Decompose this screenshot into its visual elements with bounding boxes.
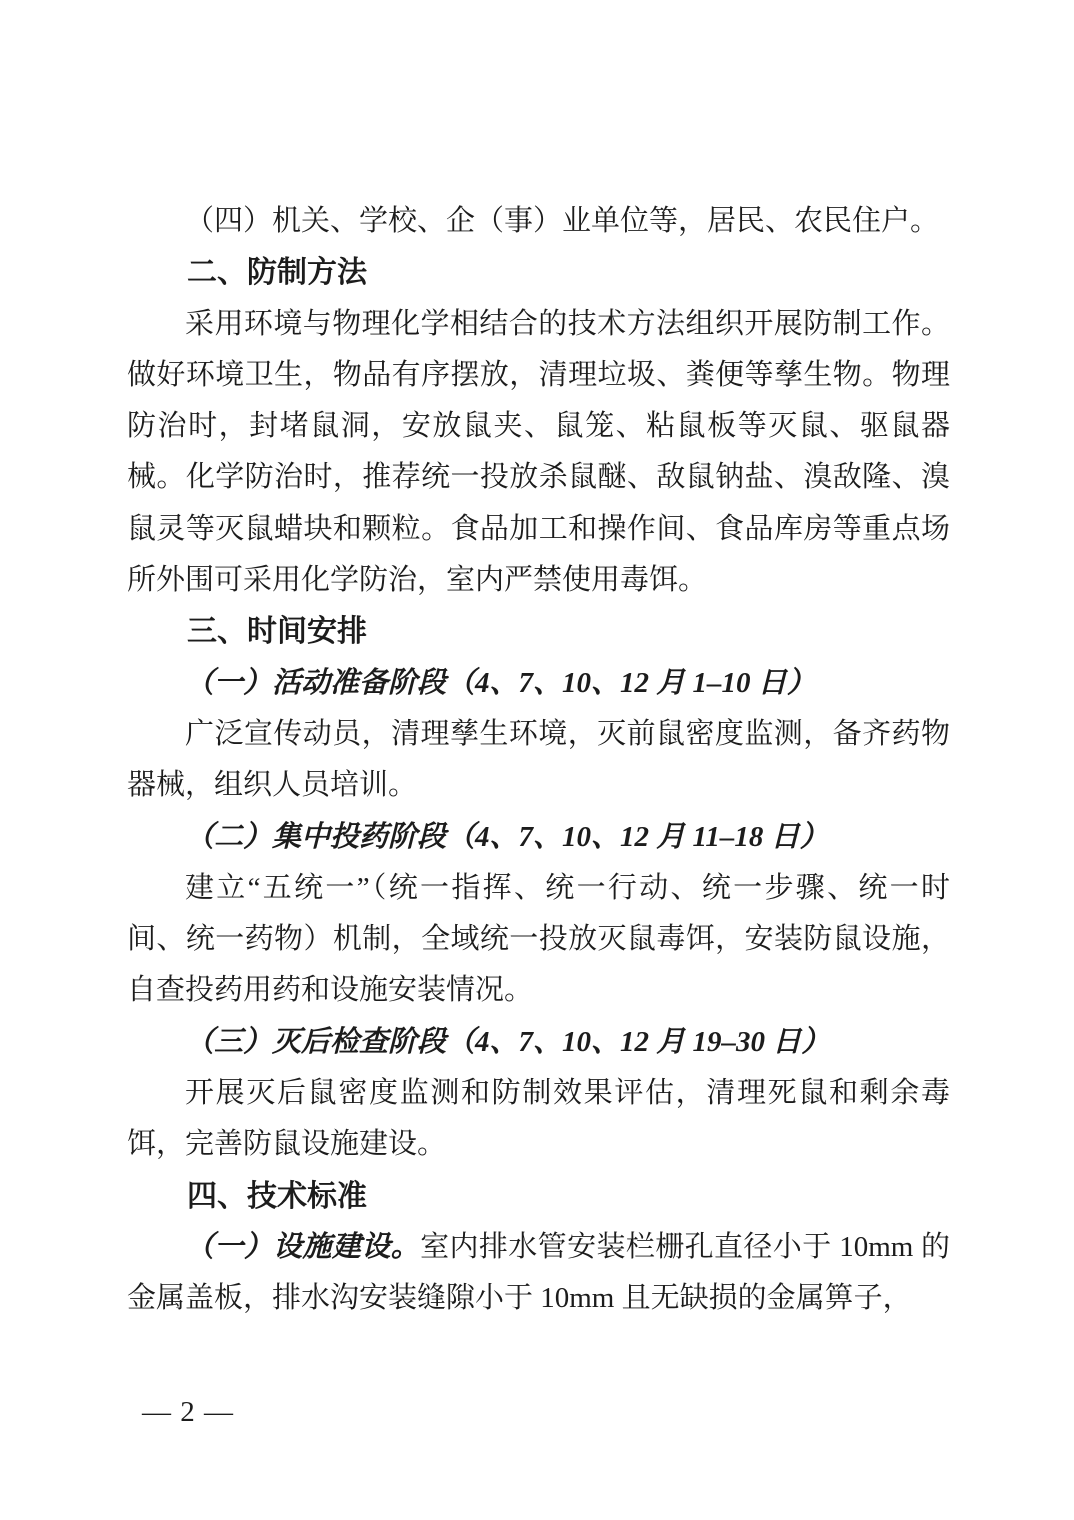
para-org-units: （四）机关、学校、企（事）业单位等，居民、农民住户。 [127,196,950,247]
heading-time-schedule: 三、时间安排 [127,606,950,657]
document-page: （四）机关、学校、企（事）业单位等，居民、农民住户。 二、防制方法 采用环境与物… [0,0,1074,1520]
document-body: （四）机关、学校、企（事）业单位等，居民、农民住户。 二、防制方法 采用环境与物… [127,196,950,1325]
subheading-stage2-baiting: （二）集中投药阶段（4、7、10、12 月 11–18 日） [127,812,950,863]
page-number: — 2 — [142,1390,234,1434]
heading-technical-standards: 四、技术标准 [127,1171,950,1222]
subheading-stage1-preparation: （一）活动准备阶段（4、7、10、12 月 1–10 日） [127,658,950,709]
para-facility-lead-in: （一）设施建设。 [185,1231,420,1263]
para-stage3-inspection: 开展灭后鼠密度监测和防制效果评估，清理死鼠和剩余毒饵，完善防鼠设施建设。 [127,1068,950,1171]
para-facility-construction: （一）设施建设。室内排水管安装栏栅孔直径小于 10mm 的金属盖板，排水沟安装缝… [127,1222,950,1325]
subheading-stage3-inspection: （三）灭后检查阶段（4、7、10、12 月 19–30 日） [127,1017,950,1068]
para-prevention-methods: 采用环境与物理化学相结合的技术方法组织开展防制工作。做好环境卫生，物品有序摆放，… [127,299,950,607]
heading-prevention-methods: 二、防制方法 [127,247,950,298]
para-stage1-preparation: 广泛宣传动员，清理孳生环境，灭前鼠密度监测，备齐药物器械，组织人员培训。 [127,709,950,812]
para-stage2-baiting: 建立“五统一”（统一指挥、统一行动、统一步骤、统一时间、统一药物）机制，全域统一… [127,863,950,1017]
